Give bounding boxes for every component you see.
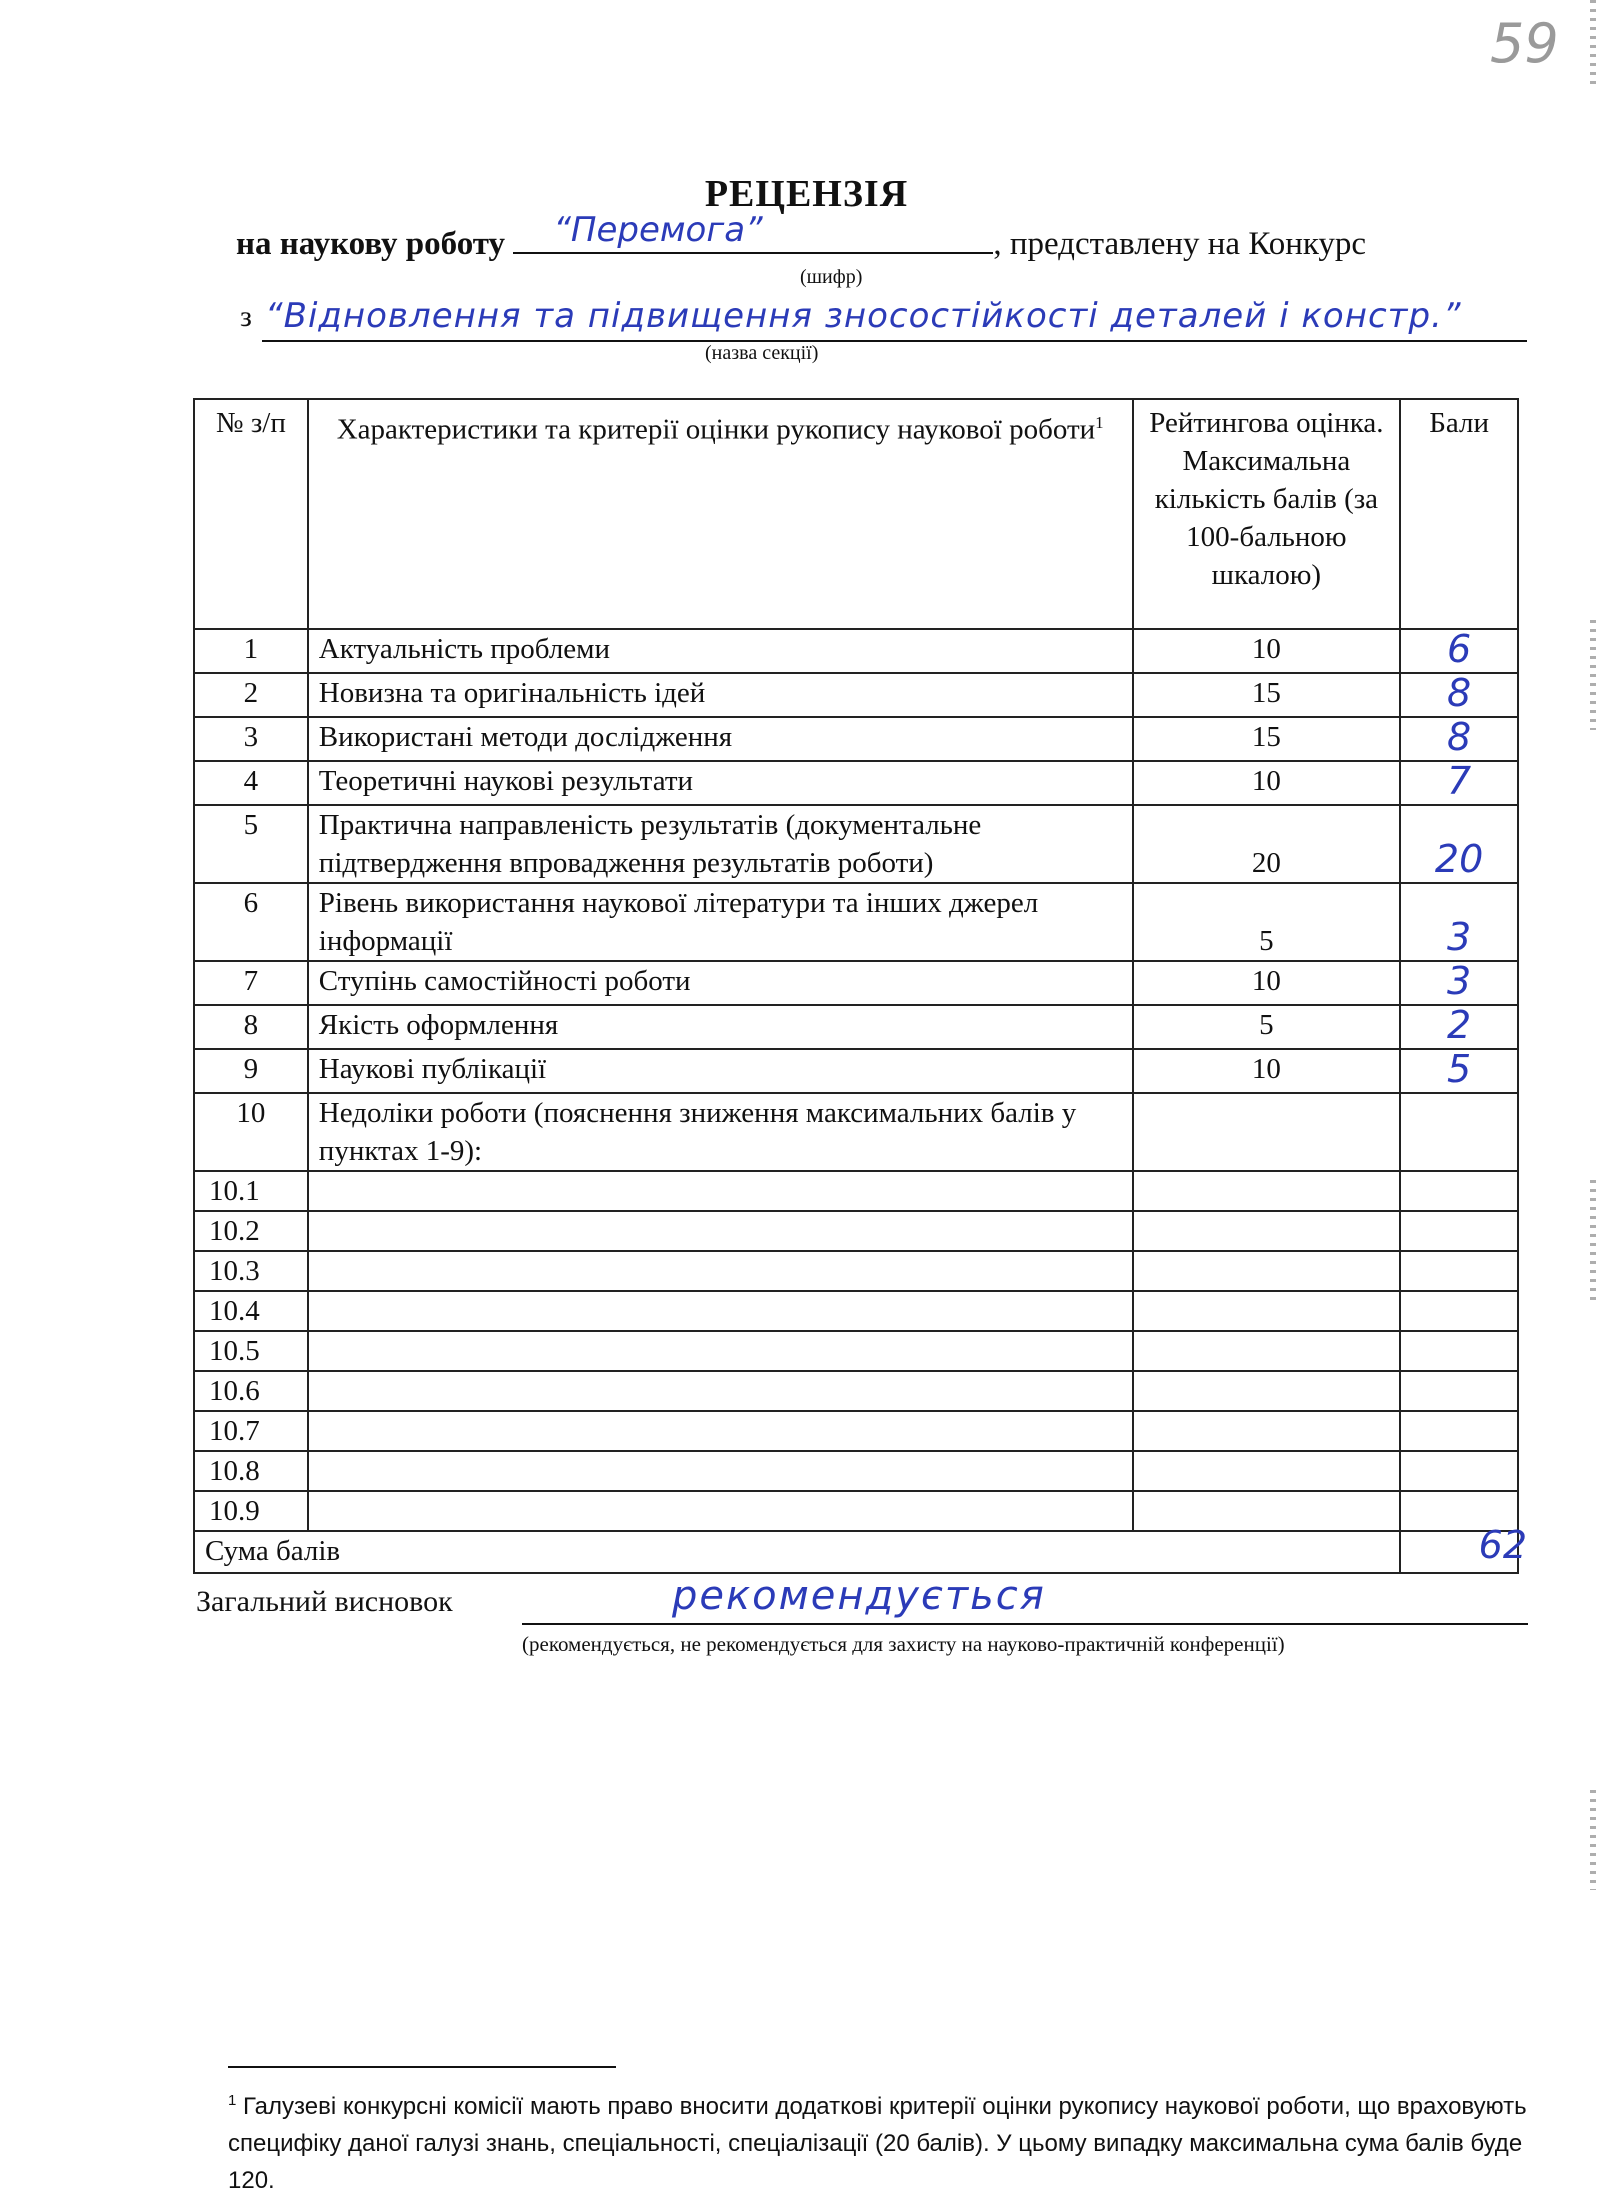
row-num: 1 — [194, 629, 308, 673]
scan-edge-artifact — [1590, 620, 1596, 730]
table-row: 9Наукові публікації105 — [194, 1049, 1518, 1093]
row-criterion: Рівень використання наукової літератури … — [308, 883, 1133, 961]
table-subrow: 10.8 — [194, 1451, 1518, 1491]
row-max: 5 — [1133, 883, 1401, 961]
subrow-text[interactable] — [308, 1291, 1133, 1331]
subrow-text[interactable] — [308, 1451, 1133, 1491]
row-max: 15 — [1133, 717, 1401, 761]
section-prefix: з — [240, 300, 252, 334]
row-max — [1133, 1093, 1401, 1171]
subrow-points[interactable] — [1400, 1451, 1518, 1491]
table-row: 1Актуальність проблеми106 — [194, 629, 1518, 673]
table-subrow: 10.6 — [194, 1371, 1518, 1411]
subrow-num: 10.3 — [194, 1251, 308, 1291]
row-criterion: Практична направленість результатів (док… — [308, 805, 1133, 883]
subrow-num: 10.9 — [194, 1491, 308, 1531]
subrow-text[interactable] — [308, 1411, 1133, 1451]
row-num: 10 — [194, 1093, 308, 1171]
scan-edge-artifact — [1590, 0, 1596, 90]
row-points-cell[interactable]: 2 — [1400, 1005, 1518, 1049]
subrow-points[interactable] — [1400, 1411, 1518, 1451]
row-points-cell[interactable]: 8 — [1400, 673, 1518, 717]
subrow-num: 10.4 — [194, 1291, 308, 1331]
row-points: 8 — [1447, 715, 1471, 759]
subrow-num: 10.6 — [194, 1371, 308, 1411]
row-points: 3 — [1447, 959, 1471, 1003]
subrow-text[interactable] — [308, 1211, 1133, 1251]
row-points-cell[interactable]: 8 — [1400, 717, 1518, 761]
conclusion-value: рекомендується — [672, 1573, 1046, 1619]
footnote-text: Галузеві конкурсні комісії мають право в… — [228, 2093, 1527, 2194]
page-number: 59 — [1490, 12, 1559, 75]
section-value: “Відновлення та підвищення зносостійкост… — [265, 296, 1461, 336]
work-line: на наукову роботу “Перемога”, представле… — [236, 222, 1366, 263]
subrow-max — [1133, 1171, 1401, 1211]
table-row: 5Практична направленість результатів (до… — [194, 805, 1518, 883]
review-table: № з/п Характеристики та критерії оцінки … — [193, 398, 1519, 1574]
sum-row: Сума балів62 — [194, 1531, 1518, 1573]
work-prefix: на наукову роботу — [236, 226, 505, 262]
table-row: 10Недоліки роботи (пояснення зниження ма… — [194, 1093, 1518, 1171]
row-num: 6 — [194, 883, 308, 961]
subrow-max — [1133, 1411, 1401, 1451]
row-points-cell[interactable]: 3 — [1400, 883, 1518, 961]
conclusion-label: Загальний висновок — [196, 1585, 453, 1619]
row-points-cell[interactable]: 20 — [1400, 805, 1518, 883]
row-criterion: Недоліки роботи (пояснення зниження макс… — [308, 1093, 1133, 1171]
table-subrow: 10.1 — [194, 1171, 1518, 1211]
table-subrow: 10.4 — [194, 1291, 1518, 1331]
cipher-label: (шифр) — [800, 266, 862, 289]
row-points: 8 — [1447, 671, 1471, 715]
subrow-points[interactable] — [1400, 1251, 1518, 1291]
subrow-num: 10.1 — [194, 1171, 308, 1211]
row-max: 10 — [1133, 629, 1401, 673]
row-num: 5 — [194, 805, 308, 883]
work-suffix: , представлену на Конкурс — [993, 226, 1366, 262]
table-row: 4Теоретичні наукові результати107 — [194, 761, 1518, 805]
subrow-points[interactable] — [1400, 1371, 1518, 1411]
table-header-row: № з/п Характеристики та критерії оцінки … — [194, 399, 1518, 629]
table-subrow: 10.3 — [194, 1251, 1518, 1291]
subrow-points[interactable] — [1400, 1171, 1518, 1211]
row-max: 10 — [1133, 961, 1401, 1005]
section-field[interactable] — [262, 340, 1527, 342]
subrow-points[interactable] — [1400, 1291, 1518, 1331]
header-points: Бали — [1400, 399, 1518, 629]
sum-value: 62 — [1479, 1526, 1527, 1564]
footnote-mark: 1 — [228, 2092, 236, 2109]
row-points-cell[interactable]: 6 — [1400, 629, 1518, 673]
row-num: 4 — [194, 761, 308, 805]
subrow-text[interactable] — [308, 1251, 1133, 1291]
row-num: 8 — [194, 1005, 308, 1049]
row-points-cell[interactable]: 3 — [1400, 961, 1518, 1005]
row-criterion: Теоретичні наукові результати — [308, 761, 1133, 805]
subrow-num: 10.5 — [194, 1331, 308, 1371]
cipher-value: “Перемога” — [553, 210, 762, 250]
row-num: 2 — [194, 673, 308, 717]
sum-cell[interactable]: 62 — [1400, 1531, 1518, 1573]
table-subrow: 10.9 — [194, 1491, 1518, 1531]
table-subrow: 10.5 — [194, 1331, 1518, 1371]
subrow-max — [1133, 1251, 1401, 1291]
subrow-max — [1133, 1451, 1401, 1491]
subrow-max — [1133, 1491, 1401, 1531]
row-max: 20 — [1133, 805, 1401, 883]
conclusion-hint: (рекомендується, не рекомендується для з… — [522, 1632, 1285, 1657]
section-label: (назва секції) — [705, 342, 818, 365]
subrow-max — [1133, 1211, 1401, 1251]
row-max: 5 — [1133, 1005, 1401, 1049]
subrow-max — [1133, 1371, 1401, 1411]
subrow-max — [1133, 1291, 1401, 1331]
row-max: 15 — [1133, 673, 1401, 717]
header-num: № з/п — [194, 399, 308, 629]
subrow-num: 10.8 — [194, 1451, 308, 1491]
table-subrow: 10.7 — [194, 1411, 1518, 1451]
table-row: 8Якість оформлення52 — [194, 1005, 1518, 1049]
table-row: 2Новизна та оригінальність ідей158 — [194, 673, 1518, 717]
row-points: 2 — [1447, 1003, 1471, 1047]
row-points: 20 — [1435, 837, 1483, 881]
sum-label: Сума балів — [194, 1531, 1400, 1573]
row-points: 6 — [1447, 627, 1471, 671]
row-points-cell[interactable]: 7 — [1400, 761, 1518, 805]
footnote-divider — [228, 2066, 616, 2068]
row-num: 3 — [194, 717, 308, 761]
footnote-mark: 1 — [1095, 413, 1104, 432]
row-criterion: Якість оформлення — [308, 1005, 1133, 1049]
subrow-points[interactable] — [1400, 1331, 1518, 1371]
row-points-cell[interactable]: 5 — [1400, 1049, 1518, 1093]
table-subrow: 10.2 — [194, 1211, 1518, 1251]
row-num: 9 — [194, 1049, 308, 1093]
table-row: 6Рівень використання наукової літератури… — [194, 883, 1518, 961]
footnote: 1 Галузеві конкурсні комісії мають право… — [228, 2082, 1548, 2198]
row-max: 10 — [1133, 1049, 1401, 1093]
row-criterion: Використані методи дослідження — [308, 717, 1133, 761]
row-criterion: Ступінь самостійності роботи — [308, 961, 1133, 1005]
row-points: 7 — [1447, 759, 1471, 803]
subrow-text[interactable] — [308, 1331, 1133, 1371]
subrow-num: 10.2 — [194, 1211, 308, 1251]
subrow-text[interactable] — [308, 1491, 1133, 1531]
document-title: РЕЦЕНЗІЯ — [0, 172, 1613, 216]
scan-edge-artifact — [1590, 1180, 1596, 1300]
subrow-max — [1133, 1331, 1401, 1371]
header-max: Рейтингова оцінка. Максимальна кількість… — [1133, 399, 1401, 629]
subrow-points[interactable] — [1400, 1211, 1518, 1251]
row-max: 10 — [1133, 761, 1401, 805]
table-row: 7Ступінь самостійності роботи103 — [194, 961, 1518, 1005]
header-criteria: Характеристики та критерії оцінки рукопи… — [308, 399, 1133, 629]
row-num: 7 — [194, 961, 308, 1005]
cipher-field[interactable]: “Перемога” — [513, 222, 993, 254]
table-row: 3Використані методи дослідження158 — [194, 717, 1518, 761]
subrow-text[interactable] — [308, 1171, 1133, 1211]
scan-edge-artifact — [1590, 1790, 1596, 1890]
row-criterion: Актуальність проблеми — [308, 629, 1133, 673]
subrow-num: 10.7 — [194, 1411, 308, 1451]
row-criterion: Новизна та оригінальність ідей — [308, 673, 1133, 717]
row-points-cell[interactable] — [1400, 1093, 1518, 1171]
subrow-text[interactable] — [308, 1371, 1133, 1411]
row-points: 5 — [1447, 1047, 1471, 1091]
row-points: 3 — [1447, 915, 1471, 959]
conclusion-field[interactable] — [522, 1623, 1528, 1625]
row-criterion: Наукові публікації — [308, 1049, 1133, 1093]
